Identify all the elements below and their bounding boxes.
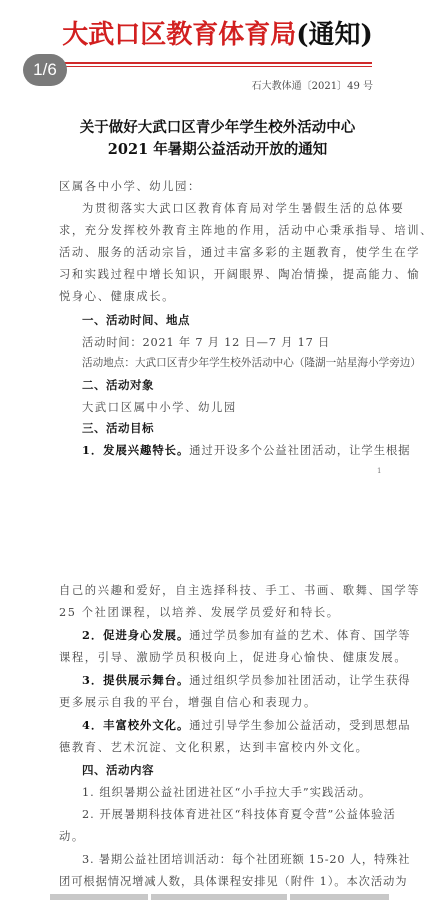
masthead-org: 大武口区教育体育局 (62, 20, 296, 50)
goal-2-title: 2．促进身心发展。 (82, 628, 189, 642)
page-number: 1 (377, 467, 381, 475)
content-item-1: 1. 组织暑期公益社团进社区“小手拉大手”实践活动。 (82, 784, 371, 800)
document-viewer[interactable]: 大武口区教育体育局(通知) 1/6 石大教体通〔2021〕49 号 关于做好大武… (0, 0, 435, 900)
goal-1: 1．发展兴趣特长。通过开设多个公益社团活动，让学生根据 (82, 442, 411, 458)
section-heading: 一、活动时间、地点 (82, 312, 190, 328)
goal-3-title: 3．提供展示舞台。 (82, 673, 189, 687)
masthead-type: (通知) (296, 20, 373, 50)
goal-1-title: 1．发展兴趣特长。 (82, 443, 189, 457)
masthead: 大武口区教育体育局(通知) (0, 14, 435, 51)
intro-line: 习和实践过程中增长知识，开阔眼界、陶冶情操，提高能力、愉 (59, 266, 420, 282)
goal-2-cont: 课程，引导、激励学员积极向上，促进身心愉快、健康发展。 (59, 649, 407, 665)
section-heading: 四、活动内容 (82, 762, 154, 778)
red-divider-top (62, 62, 372, 64)
document-title-line2: 2021 年暑期公益活动开放的通知 (0, 138, 435, 159)
content-item-3: 3. 暑期公益社团培训活动：每个社团班额 15-20 人，特殊社 (82, 851, 410, 867)
activity-target: 大武口区属中小学、幼儿园 (82, 399, 237, 415)
goal-3: 3．提供展示舞台。通过组织学员参加社团活动，让学生获得 (82, 672, 411, 688)
goal-2-text: 通过学员参加有益的艺术、体育、国学等 (189, 629, 410, 642)
page-indicator-badge: 1/6 (23, 54, 67, 86)
goal-1-cont: 25 个社团课程，以培养、发展学员爱好和特长。 (59, 604, 340, 620)
goal-4: 4．丰富校外文化。通过引导学生参加公益活动，受到思想品 (82, 717, 411, 733)
document-title-line1: 关于做好大武口区青少年学生校外活动中心 (0, 116, 435, 137)
goal-4-title: 4．丰富校外文化。 (82, 718, 189, 732)
goal-3-text: 通过组织学员参加社团活动，让学生获得 (189, 674, 410, 687)
bottom-toolbar-segment[interactable] (50, 894, 148, 900)
intro-line: 悦身心、健康成长。 (59, 288, 175, 304)
goal-2: 2．促进身心发展。通过学员参加有益的艺术、体育、国学等 (82, 627, 411, 643)
intro-line: 为贯彻落实大武口区教育体育局对学生暑假生活的总体要 (82, 200, 404, 216)
red-divider-bottom (62, 66, 372, 67)
intro-line: 活动、服务的活动宗旨，通过丰富多彩的主题教育，使学生在学 (59, 244, 420, 260)
goal-3-cont: 更多展示自我的平台，增强自信心和表现力。 (59, 694, 317, 710)
content-item-2: 2. 开展暑期科技体育进社区“科技体育夏令营”公益体验活 (82, 806, 396, 822)
goal-4-text: 通过引导学生参加公益活动，受到思想品 (189, 719, 410, 732)
content-item-2-cont: 动。 (59, 828, 85, 844)
activity-place: 活动地点：大武口区青少年学生校外活动中心（隆湖一站星海小学旁边） (82, 355, 421, 370)
content-item-3-cont: 团可根据情况增减人数，具体课程安排见（附件 1）。本次活动为 (59, 873, 407, 889)
bottom-toolbar-segment[interactable] (290, 894, 389, 900)
section-heading: 三、活动目标 (82, 420, 154, 436)
goal-4-cont: 德教育、艺术沉淀、文化积累，达到丰富校内外文化。 (59, 739, 369, 755)
activity-time: 活动时间：2021 年 7 月 12 日—7 月 17 日 (82, 334, 330, 350)
document-number: 石大教体通〔2021〕49 号 (252, 77, 373, 92)
goal-1-text: 通过开设多个公益社团活动，让学生根据 (189, 444, 410, 457)
bottom-toolbar-segment[interactable] (151, 894, 287, 900)
goal-1-cont: 自己的兴趣和爱好，自主选择科技、手工、书画、歌舞、国学等 (59, 582, 420, 598)
intro-line: 求，充分发挥校外教育主阵地的作用，活动中心秉承指导、培训、 (59, 222, 433, 238)
salutation: 区属各中小学、幼儿园： (59, 178, 201, 194)
section-heading: 二、活动对象 (82, 377, 154, 393)
